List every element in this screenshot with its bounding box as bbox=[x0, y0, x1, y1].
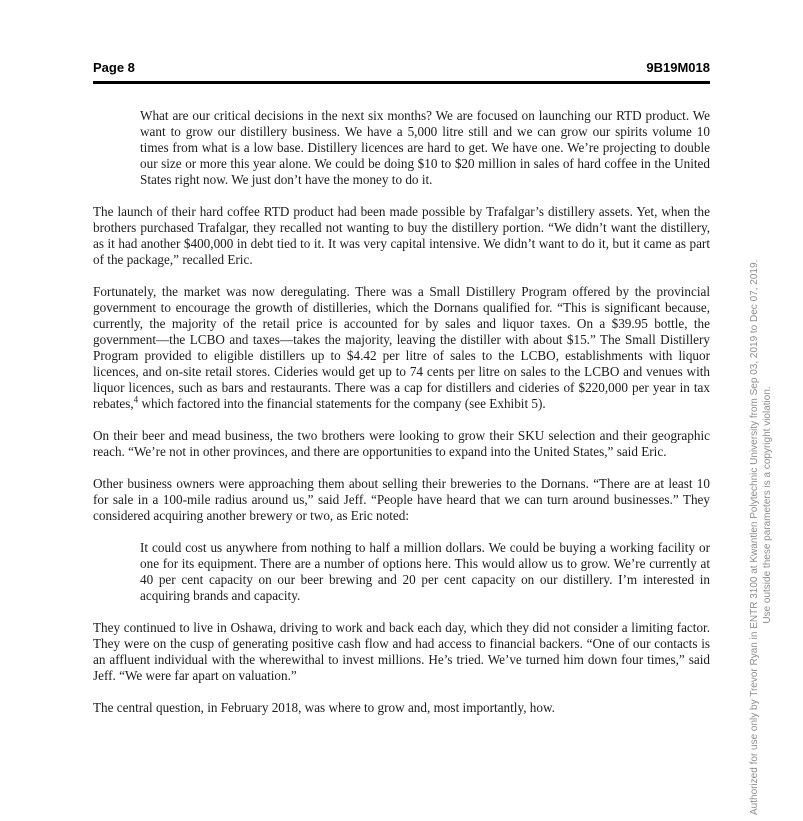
quote-paragraph-acquisition: It could cost us anywhere from nothing t… bbox=[93, 540, 710, 604]
body-paragraph-oshawa: They continued to live in Oshawa, drivin… bbox=[93, 620, 710, 684]
body-paragraph-owners: Other business owners were approaching t… bbox=[93, 476, 710, 524]
body-paragraph-launch: The launch of their hard coffee RTD prod… bbox=[93, 204, 710, 268]
body-paragraph-central-question: The central question, in February 2018, … bbox=[93, 700, 710, 716]
document-page: Page 8 9B19M018 What are our critical de… bbox=[0, 0, 803, 821]
page-content: Page 8 9B19M018 What are our critical de… bbox=[93, 60, 710, 716]
body-paragraph-program: Fortunately, the market was now deregula… bbox=[93, 284, 710, 412]
page-header: Page 8 9B19M018 bbox=[93, 60, 710, 75]
copyright-watermark: Authorized for use only by Trevor Ryan i… bbox=[748, 195, 774, 815]
watermark-violation-line: Use outside these parameters is a copyri… bbox=[761, 195, 774, 815]
body-text: What are our critical decisions in the n… bbox=[93, 108, 710, 716]
paragraph-text: which factored into the financial statem… bbox=[138, 396, 546, 411]
paragraph-text: Fortunately, the market was now deregula… bbox=[93, 284, 710, 411]
quote-paragraph-rtd: What are our critical decisions in the n… bbox=[93, 108, 710, 188]
header-divider bbox=[93, 81, 710, 84]
page-number-label: Page 8 bbox=[93, 60, 135, 75]
body-paragraph-beer-mead: On their beer and mead business, the two… bbox=[93, 428, 710, 460]
document-id-label: 9B19M018 bbox=[646, 60, 710, 75]
watermark-authorization-line: Authorized for use only by Trevor Ryan i… bbox=[748, 195, 761, 815]
